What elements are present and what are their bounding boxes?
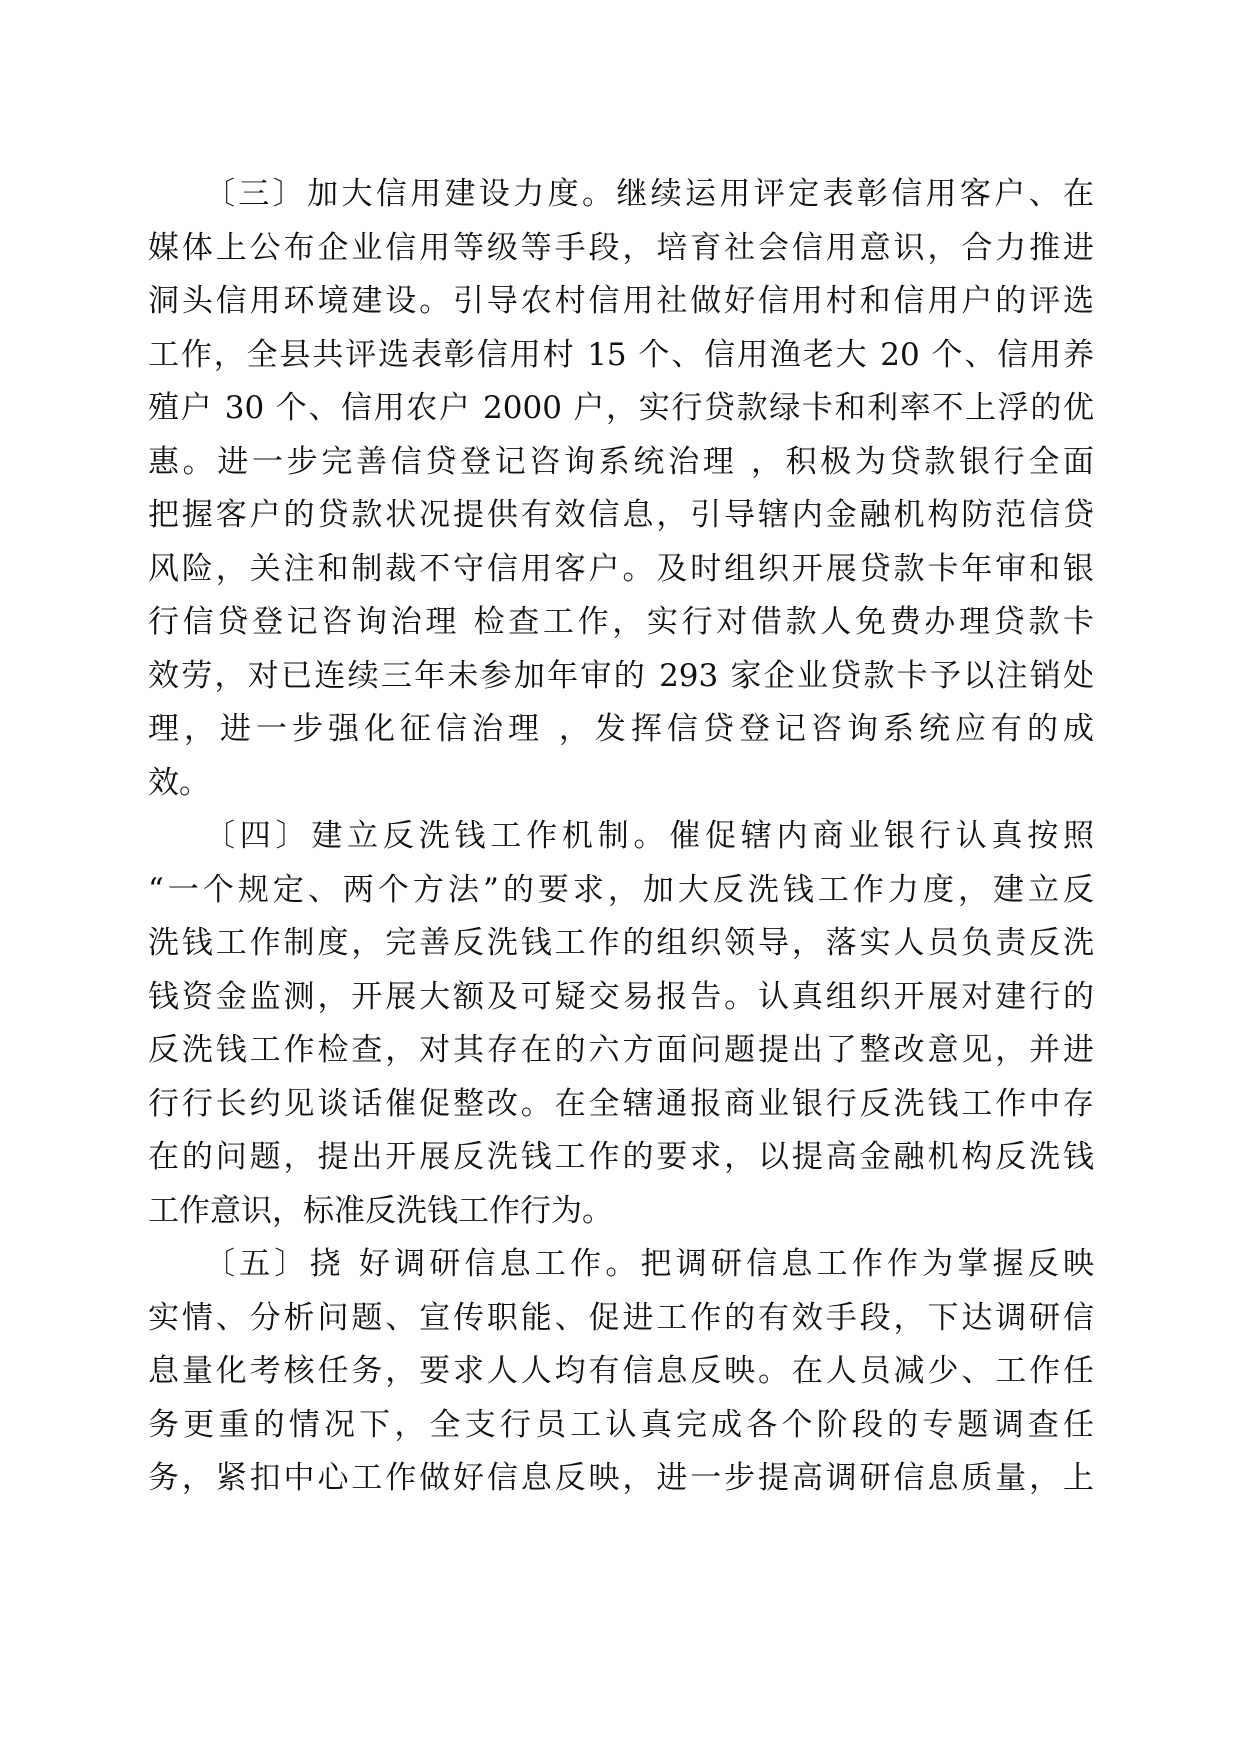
paragraph-line: 实情、分析问题、宣传职能、促进工作的有效手段，下达调研信 — [148, 1292, 1094, 1346]
paragraph-line: 务，紧扣中心工作做好信息反映，进一步提高调研信息质量，上 — [148, 1452, 1094, 1506]
paragraph-line: 惠。进一步完善信贷登记咨询系统治理 ，积极为贷款银行全面 — [148, 436, 1094, 490]
paragraph-line: 洗钱工作制度，完善反洗钱工作的组织领导，落实人员负责反洗 — [148, 917, 1094, 971]
paragraph-line: 行信贷登记咨询治理 检查工作，实行对借款人免费办理贷款卡 — [148, 596, 1094, 650]
paragraph-line: 在的问题，提出开展反洗钱工作的要求，以提高金融机构反洗钱 — [148, 1131, 1094, 1185]
paragraph-credit-construction: 〔三〕加大信用建设力度。继续运用评定表彰信用客户、在 媒体上公布企业信用等级等手… — [148, 168, 1094, 810]
paragraph-line: 洞头信用环境建设。引导农村信用社做好信用村和信用户的评选 — [148, 275, 1094, 329]
paragraph-line: 理，进一步强化征信治理 ，发挥信贷登记咨询系统应有的成 — [148, 703, 1094, 757]
paragraph-line: 把握客户的贷款状况提供有效信息，引导辖内金融机构防范信贷 — [148, 489, 1094, 543]
paragraph-research-information: 〔五〕挠 好调研信息工作。把调研信息工作作为掌握反映 实情、分析问题、宣传职能、… — [148, 1238, 1094, 1506]
paragraph-line: 〔四〕建立反洗钱工作机制。催促辖内商业银行认真按照 — [148, 810, 1094, 864]
paragraph-line: 工作意识，标准反洗钱工作行为。 — [148, 1185, 1094, 1239]
paragraph-line: 反洗钱工作检查，对其存在的六方面问题提出了整改意见，并进 — [148, 1024, 1094, 1078]
paragraph-line: 风险，关注和制裁不守信用客户。及时组织开展贷款卡年审和银 — [148, 543, 1094, 597]
document-page: 〔三〕加大信用建设力度。继续运用评定表彰信用客户、在 媒体上公布企业信用等级等手… — [148, 168, 1094, 1506]
paragraph-line: 效。 — [148, 757, 1094, 811]
paragraph-line: “一个规定、两个方法”的要求，加大反洗钱工作力度，建立反 — [148, 864, 1094, 918]
paragraph-line: 息量化考核任务，要求人人均有信息反映。在人员减少、工作任 — [148, 1345, 1094, 1399]
paragraph-line: 殖户 30 个、信用农户 2000 户，实行贷款绿卡和利率不上浮的优 — [148, 382, 1094, 436]
paragraph-line: 务更重的情况下，全支行员工认真完成各个阶段的专题调查任 — [148, 1399, 1094, 1453]
paragraph-line: 行行长约见谈话催促整改。在全辖通报商业银行反洗钱工作中存 — [148, 1078, 1094, 1132]
paragraph-line: 钱资金监测，开展大额及可疑交易报告。认真组织开展对建行的 — [148, 971, 1094, 1025]
paragraph-line: 工作，全县共评选表彰信用村 15 个、信用渔老大 20 个、信用养 — [148, 329, 1094, 383]
paragraph-anti-money-laundering: 〔四〕建立反洗钱工作机制。催促辖内商业银行认真按照 “一个规定、两个方法”的要求… — [148, 810, 1094, 1238]
paragraph-line: 媒体上公布企业信用等级等手段，培育社会信用意识，合力推进 — [148, 222, 1094, 276]
paragraph-line: 效劳，对已连续三年未参加年审的 293 家企业贷款卡予以注销处 — [148, 650, 1094, 704]
paragraph-line: 〔五〕挠 好调研信息工作。把调研信息工作作为掌握反映 — [148, 1238, 1094, 1292]
paragraph-line: 〔三〕加大信用建设力度。继续运用评定表彰信用客户、在 — [148, 168, 1094, 222]
